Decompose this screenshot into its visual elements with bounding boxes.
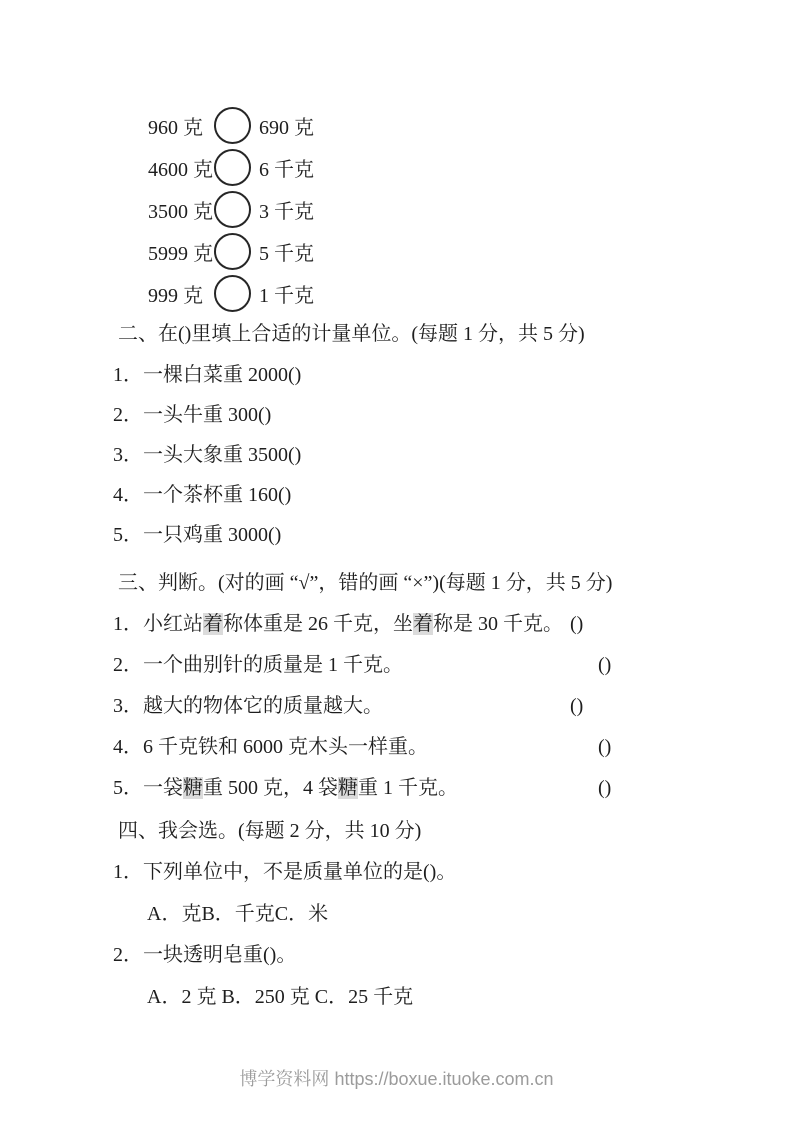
fill-in-item: 1．一棵白菜重 2000() [113, 355, 753, 395]
compare-right-value: 3 千克 [259, 195, 314, 224]
compare-left-value: 960 克 [148, 111, 214, 140]
choice-question: 2．一块透明皂重()。 [113, 935, 753, 976]
answer-parentheses: () [570, 686, 583, 727]
worksheet-content: 960 克 690 克 4600 克 6 千克 3500 克 3 千克 5999… [113, 104, 753, 1018]
answer-parentheses: () [598, 768, 611, 809]
judge-item: 3．越大的物体它的质量越大。 () [113, 686, 753, 727]
section-two-heading: 二、在()里填上合适的计量单位。(每题 1 分，共 5 分) [118, 314, 753, 355]
judge-item-text: 1．小红站着称体重是 26 千克，坐着称是 30 千克。 [113, 613, 563, 635]
fill-in-item: 3．一头大象重 3500() [113, 435, 753, 475]
compare-left-value: 4600 克 [148, 153, 214, 182]
answer-circle [214, 233, 251, 270]
choice-question: 1．下列单位中，不是质量单位的是()。 [113, 852, 753, 893]
compare-row: 5999 克 5 千克 [148, 230, 753, 272]
judge-item-text: 2．一个曲别针的质量是 1 千克。 [113, 654, 403, 676]
compare-right-value: 6 千克 [259, 153, 314, 182]
footer-url: https://boxue.ituoke.com.cn [334, 1069, 553, 1089]
judge-item: 2．一个曲别针的质量是 1 千克。 () [113, 645, 753, 686]
choice-options: A．克B．千克C．米 [147, 893, 753, 935]
section-four: 四、我会选。(每题 2 分，共 10 分) 1．下列单位中，不是质量单位的是()… [113, 811, 753, 1018]
judge-item-text: 3．越大的物体它的质量越大。 [113, 695, 383, 717]
footer-watermark: 博学资料网 https://boxue.ituoke.com.cn [0, 1064, 793, 1094]
judge-item: 4．6 千克铁和 6000 克木头一样重。 () [113, 727, 753, 768]
answer-circle [214, 275, 251, 312]
judge-item: 1．小红站着称体重是 26 千克，坐着称是 30 千克。 () [113, 604, 753, 645]
choice-options: A．2 克 B．250 克 C．25 千克 [147, 976, 753, 1018]
compare-left-value: 3500 克 [148, 195, 214, 224]
compare-left-value: 999 克 [148, 279, 214, 308]
section-four-heading: 四、我会选。(每题 2 分，共 10 分) [118, 811, 753, 852]
section-three-heading: 三、判断。(对的画 “√”，错的画 “×”)(每题 1 分，共 5 分) [118, 563, 753, 604]
answer-circle [214, 149, 251, 186]
answer-circle [214, 107, 251, 144]
answer-parentheses: () [598, 727, 611, 768]
answer-parentheses: () [598, 645, 611, 686]
compare-left-value: 5999 克 [148, 237, 214, 266]
judge-item-text: 4．6 千克铁和 6000 克木头一样重。 [113, 736, 428, 758]
judge-item-text: 5．一袋糖重 500 克，4 袋糖重 1 千克。 [113, 777, 458, 799]
judge-item: 5．一袋糖重 500 克，4 袋糖重 1 千克。 () [113, 768, 753, 809]
answer-circle [214, 191, 251, 228]
footer-site-name: 博学资料网 [239, 1069, 329, 1089]
compare-row: 3500 克 3 千克 [148, 188, 753, 230]
compare-row: 960 克 690 克 [148, 104, 753, 146]
fill-in-item: 4．一个茶杯重 160() [113, 475, 753, 515]
compare-right-value: 690 克 [259, 111, 314, 140]
answer-parentheses: () [570, 604, 583, 645]
compare-right-value: 1 千克 [259, 279, 314, 308]
compare-section: 960 克 690 克 4600 克 6 千克 3500 克 3 千克 5999… [148, 104, 753, 314]
compare-row: 999 克 1 千克 [148, 272, 753, 314]
compare-right-value: 5 千克 [259, 237, 314, 266]
section-two: 二、在()里填上合适的计量单位。(每题 1 分，共 5 分) 1．一棵白菜重 2… [113, 314, 753, 555]
fill-in-item: 2．一头牛重 300() [113, 395, 753, 435]
worksheet-page: 960 克 690 克 4600 克 6 千克 3500 克 3 千克 5999… [0, 0, 793, 1122]
section-three: 三、判断。(对的画 “√”，错的画 “×”)(每题 1 分，共 5 分) 1．小… [113, 563, 753, 809]
compare-row: 4600 克 6 千克 [148, 146, 753, 188]
fill-in-item: 5．一只鸡重 3000() [113, 515, 753, 555]
